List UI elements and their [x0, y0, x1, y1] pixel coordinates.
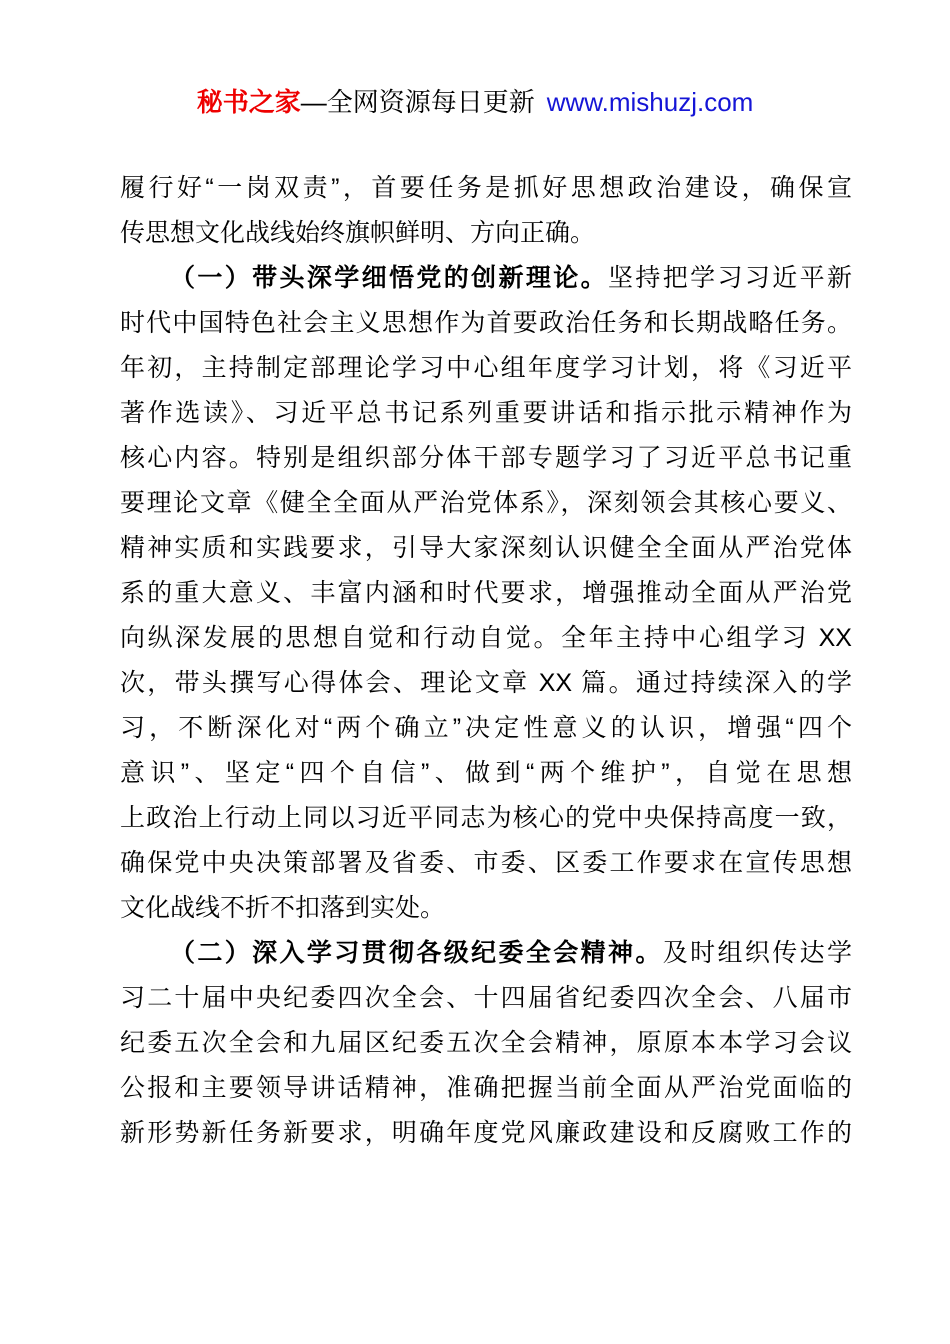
site-header: 秘书之家—全网资源每日更新www.mishuzj.com	[0, 86, 950, 118]
text-line: 向纵深发展的思想自觉和行动自觉。全年主持中心组学习 XX	[120, 616, 852, 661]
text-line: 公报和主要领导讲话精神，准确把握当前全面从严治党面临的	[120, 1066, 852, 1111]
text-line: （一）带头深学细悟党的创新理论。坚持把学习习近平新	[120, 256, 852, 301]
text-line: 新形势新任务新要求，明确年度党风廉政建设和反腐败工作的	[120, 1111, 852, 1156]
text-line: 精神实质和实践要求，引导大家深刻认识健全全面从严治党体	[120, 526, 852, 571]
text-line: 文化战线不折不扣落到实处。	[120, 886, 852, 931]
line-text: 坚持把学习习近平新	[608, 264, 852, 292]
text-line: （二）深入学习贯彻各级纪委全会精神。及时组织传达学	[120, 931, 852, 976]
text-line: 系的重大意义、丰富内涵和时代要求，增强推动全面从严治党	[120, 571, 852, 616]
text-line: 习，不断深化对“两个确立”决定性意义的认识，增强“四个	[120, 706, 852, 751]
paragraph-heading: （一）带头深学细悟党的创新理论。	[170, 264, 608, 292]
text-line: 著作选读》、习近平总书记系列重要讲话和指示批示精神作为	[120, 391, 852, 436]
text-line: 纪委五次全会和九届区纪委五次全会精神，原原本本学习会议	[120, 1021, 852, 1066]
text-line: 核心内容。特别是组织部分体干部专题学习了习近平总书记重	[120, 436, 852, 481]
paragraph-heading: （二）深入学习贯彻各级纪委全会精神。	[170, 939, 663, 967]
text-line: 习二十届中央纪委四次全会、十四届省纪委四次全会、八届市	[120, 976, 852, 1021]
document-body: 履行好“一岗双责”，首要任务是抓好思想政治建设，确保宣传思想文化战线始终旗帜鲜明…	[120, 166, 852, 1156]
text-line: 确保党中央决策部署及省委、市委、区委工作要求在宣传思想	[120, 841, 852, 886]
document-page: 秘书之家—全网资源每日更新www.mishuzj.com 履行好“一岗双责”，首…	[0, 0, 950, 1344]
text-line: 时代中国特色社会主义思想作为首要政治任务和长期战略任务。	[120, 301, 852, 346]
text-line: 上政治上行动上同以习近平同志为核心的党中央保持高度一致，	[120, 796, 852, 841]
site-url-link[interactable]: www.mishuzj.com	[547, 87, 754, 117]
line-text: 及时组织传达学	[663, 939, 852, 967]
text-line: 次，带头撰写心得体会、理论文章 XX 篇。通过持续深入的学	[120, 661, 852, 706]
site-tagline: —全网资源每日更新	[301, 87, 535, 117]
text-line: 要理论文章《健全全面从严治党体系》，深刻领会其核心要义、	[120, 481, 852, 526]
site-name: 秘书之家	[197, 87, 301, 117]
text-line: 意识”、坚定“四个自信”、做到“两个维护”，自觉在思想	[120, 751, 852, 796]
text-line: 年初，主持制定部理论学习中心组年度学习计划，将《习近平	[120, 346, 852, 391]
text-line: 传思想文化战线始终旗帜鲜明、方向正确。	[120, 211, 852, 256]
text-line: 履行好“一岗双责”，首要任务是抓好思想政治建设，确保宣	[120, 166, 852, 211]
